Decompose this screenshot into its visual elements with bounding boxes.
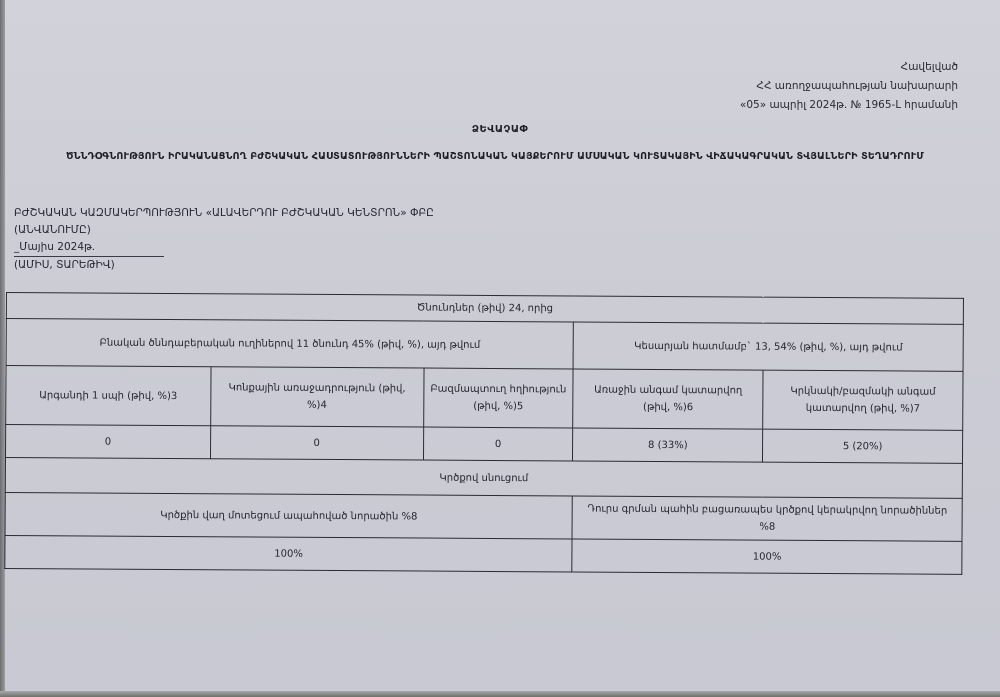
approval-line-2: ՀՀ առողջապահության նախարարի [740,77,958,96]
organization-name: ԲԺՇԿԱԿԱՆ ԿԱԶՄԱԿԵՐՊՈՒԹՅՈՒՆ «ԱԼԱՎԵՐԴՈՒ ԲԺՇ… [14,205,434,222]
photo-bottom-edge [0,691,1000,697]
period-caption: (ԱՄԻՍ, ՏԱՐԵԹԻՎ) [14,257,434,274]
breastfeeding-header: Կրծքով սնուցում [5,457,962,498]
table-row: Կրծքով սնուցում [5,457,962,498]
breech-presentation-value: 0 [210,426,423,460]
exclusive-breastfeeding-value: 100% [572,539,962,574]
form-title: ՁԵՎԱՉԱՓ [0,124,1000,135]
births-report-table: Ծնունդներ (թիվ) 24, որից Բնական ծննդաբեր… [4,292,964,575]
first-cesarean-value: 8 (33%) [573,428,763,462]
multiple-pregnancy-header: Բազմապտուղ հղիություն (թիվ, %)5 [423,368,573,428]
exclusive-breastfeeding-header: Դուրս գրման պահին բացառապես կրծքով կերակ… [572,496,962,541]
uterine-scar-header: Արգանդի 1 սպի (թիվ, %)3 [6,366,211,426]
repeat-cesarean-value: 5 (20%) [763,429,963,463]
multiple-pregnancy-value: 0 [423,427,573,461]
organization-block: ԲԺՇԿԱԿԱՆ ԿԱԶՄԱԿԵՐՊՈՒԹՅՈՒՆ «ԱԼԱՎԵՐԴՈՒ ԲԺՇ… [14,205,434,274]
form-subtitle: ԾՆՆԴՕԳՆՈՒԹՅՈՒՆ ԻՐԱԿԱՆԱՑՆՈՂ ԲԺՇԿԱԿԱՆ ՀԱՍՏ… [30,148,960,166]
repeat-cesarean-header: Կրկնակի/բազմակի անգամ կատարվող (թիվ, %)7 [763,370,963,430]
period-field: _Մայիս 2024թ. [14,239,164,257]
organization-name-caption: (ԱՆՎԱՆՈՒՄԸ) [14,222,434,239]
table-row: Բնական ծննդաբերական ուղիներով 11 ծնունդ … [6,319,963,372]
approval-line-1: Հավելված [740,58,958,77]
cesarean-births-header: Կեսարյան հատմամբ` 13, 54% (թիվ, %), այդ … [573,322,963,371]
natural-births-header: Բնական ծննդաբերական ուղիներով 11 ծնունդ … [6,319,574,369]
first-cesarean-header: Առաջին անգամ կատարվող (թիվ, %)6 [573,369,763,429]
table-row: 100% 100% [5,535,962,574]
early-breastfeeding-header: Կրծքին վաղ մոտեցում ապահոված նորածին %8 [5,492,573,538]
table-row: Կրծքին վաղ մոտեցում ապահոված նորածին %8 … [5,492,962,541]
uterine-scar-value: 0 [5,425,210,459]
breech-presentation-header: Կոնքային առաջադրություն (թիվ, %)4 [210,367,423,427]
approval-line-3: «05» ապրիլ 2024թ. № 1965-Լ հրամանի [740,96,958,115]
early-breastfeeding-value: 100% [5,535,573,571]
approval-stamp: Հավելված ՀՀ առողջապահության նախարարի «05… [740,58,958,115]
table-row: Արգանդի 1 սպի (թիվ, %)3 Կոնքային առաջադր… [6,366,963,431]
